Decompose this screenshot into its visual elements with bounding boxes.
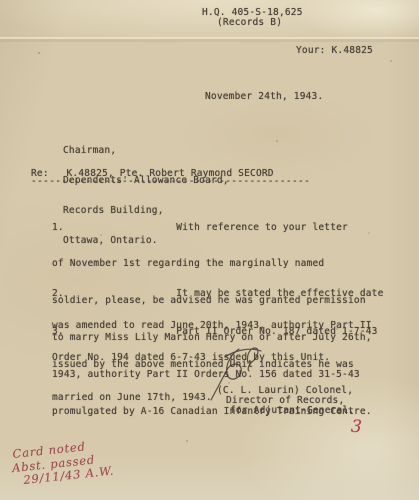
your-reference: Your: K.48825 <box>296 46 373 56</box>
date-line: November 24th, 1943. <box>205 92 323 102</box>
paragraph-line: 2. It may be stated the effective date <box>52 289 384 300</box>
handwritten-note: Card noted Abst. passed 29/11/43 A.W. <box>12 438 115 489</box>
records-branch: (Records B) <box>217 18 282 28</box>
signature-for-line: for Adjutant-General. <box>230 406 354 416</box>
paper-specks <box>38 52 40 54</box>
subject-underline: ----------------------------------------… <box>31 177 310 187</box>
paragraph-line: 1. With reference to your letter <box>52 222 372 234</box>
address-line: Chairman, <box>63 146 229 156</box>
letter-document: H.Q. 405-S-18,625 (Records B) Your: K.48… <box>0 0 419 500</box>
handwritten-page-number: 3 <box>350 417 362 438</box>
paragraph-line: 3. Part II Order No. 187 dated 1-7-43 <box>52 326 378 337</box>
